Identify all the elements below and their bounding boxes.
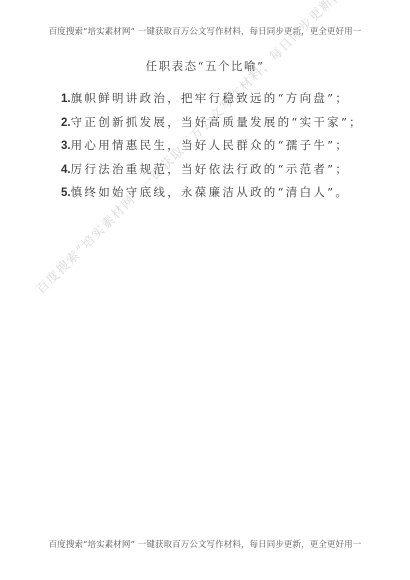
item-number: 3. (61, 140, 71, 152)
page-header-banner: 百度搜索“培实素材网” 一键获取百万公文写作材料，每日同步更新，更全更好用一 (0, 25, 410, 37)
page-footer-banner: 百度搜索“培实素材网” 一键获取百万公文写作材料，每日同步更新，更全更好用一 (0, 538, 410, 550)
list-item: 2.守正创新抓发展，当好高质量发展的“实干家”； (61, 111, 363, 135)
list-item: 1.旗帜鲜明讲政治，把牢行稳致远的“方向盘”； (61, 87, 363, 111)
list-item: 3.用心用情惠民生，当好人民群众的“孺子牛”； (61, 134, 363, 158)
list-item: 5.慎终如始守底线，永葆廉洁从政的“清白人”。 (61, 181, 363, 205)
item-text: 慎终如始守底线，永葆廉洁从政的“清白人”。 (71, 185, 350, 199)
item-number: 4. (61, 164, 71, 176)
item-text: 旗帜鲜明讲政治，把牢行稳致远的“方向盘”； (71, 91, 350, 105)
item-text: 守正创新抓发展，当好高质量发展的“实干家”； (71, 115, 363, 129)
item-number: 5. (61, 187, 71, 199)
item-text: 厉行法治重规范，当好依法行政的“示范者”； (71, 162, 350, 176)
commitment-list: 1.旗帜鲜明讲政治，把牢行稳致远的“方向盘”； 2.守正创新抓发展，当好高质量发… (61, 87, 363, 205)
document-title: 任职表态“五个比喻” (0, 58, 410, 74)
item-number: 2. (61, 117, 71, 129)
list-item: 4.厉行法治重规范，当好依法行政的“示范者”； (61, 158, 363, 182)
item-number: 1. (61, 93, 71, 105)
item-text: 用心用情惠民生，当好人民群众的“孺子牛”； (71, 138, 350, 152)
